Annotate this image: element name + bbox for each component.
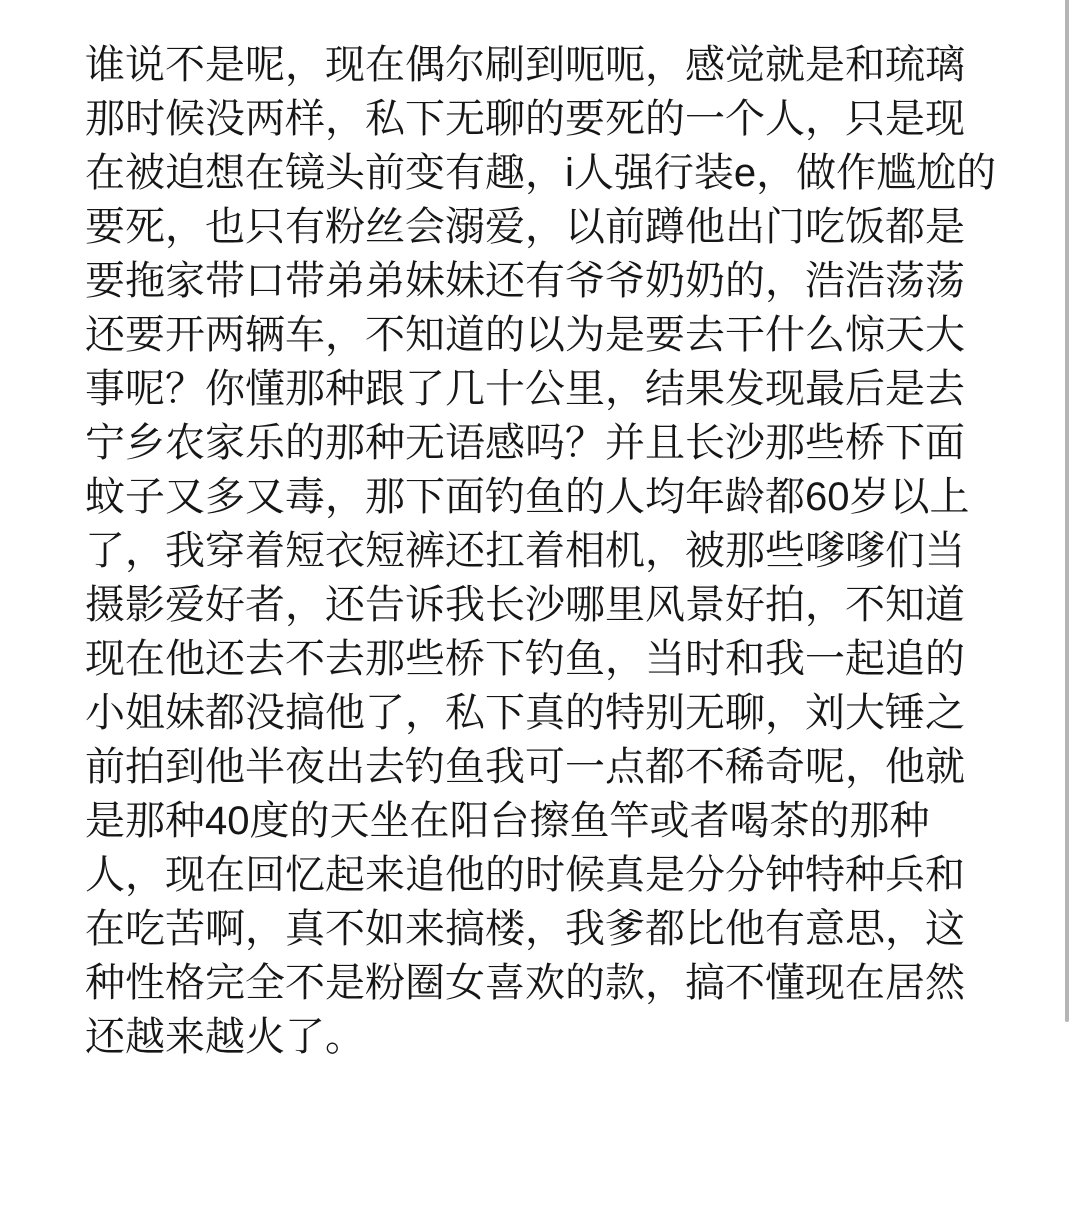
text-line: 还越来越火了。 xyxy=(85,1010,985,1064)
text-line: 那时候没两样，私下无聊的要死的一个人，只是现 xyxy=(85,92,985,146)
text-line: 了，我穿着短衣短裤还扛着相机，被那些嗲嗲们当 xyxy=(85,524,985,578)
text-line: 小姐妹都没搞他了，私下真的特别无聊，刘大锤之 xyxy=(85,686,985,740)
text-line: 要死，也只有粉丝会溺爱，以前蹲他出门吃饭都是 xyxy=(85,200,985,254)
text-line: 谁说不是呢，现在偶尔刷到呃呃，感觉就是和琉璃 xyxy=(85,38,985,92)
text-line: 是那种40度的天坐在阳台擦鱼竿或者喝茶的那种 xyxy=(85,794,985,848)
text-line: 事呢？你懂那种跟了几十公里，结果发现最后是去 xyxy=(85,362,985,416)
text-line: 在吃苦啊，真不如来搞楼，我爹都比他有意思，这 xyxy=(85,902,985,956)
scrollbar-thumb[interactable] xyxy=(1065,0,1069,1022)
comment-text-block: 谁说不是呢，现在偶尔刷到呃呃，感觉就是和琉璃 那时候没两样，私下无聊的要死的一个… xyxy=(85,38,985,1064)
text-line: 摄影爱好者，还告诉我长沙哪里风景好拍，不知道 xyxy=(85,578,985,632)
text-line: 还要开两辆车，不知道的以为是要去干什么惊天大 xyxy=(85,308,985,362)
text-line: 前拍到他半夜出去钓鱼我可一点都不稀奇呢，他就 xyxy=(85,740,985,794)
text-line: 蚊子又多又毒，那下面钓鱼的人均年龄都60岁以上 xyxy=(85,470,985,524)
text-line: 现在他还去不去那些桥下钓鱼，当时和我一起追的 xyxy=(85,632,985,686)
text-line: 人，现在回忆起来追他的时候真是分分钟特种兵和 xyxy=(85,848,985,902)
text-line: 在被迫想在镜头前变有趣，i人强行装e，做作尴尬的 xyxy=(85,146,985,200)
text-line: 宁乡农家乐的那种无语感吗？并且长沙那些桥下面 xyxy=(85,416,985,470)
text-line: 要拖家带口带弟弟妹妹还有爷爷奶奶的，浩浩荡荡 xyxy=(85,254,985,308)
text-line: 种性格完全不是粉圈女喜欢的款，搞不懂现在居然 xyxy=(85,956,985,1010)
